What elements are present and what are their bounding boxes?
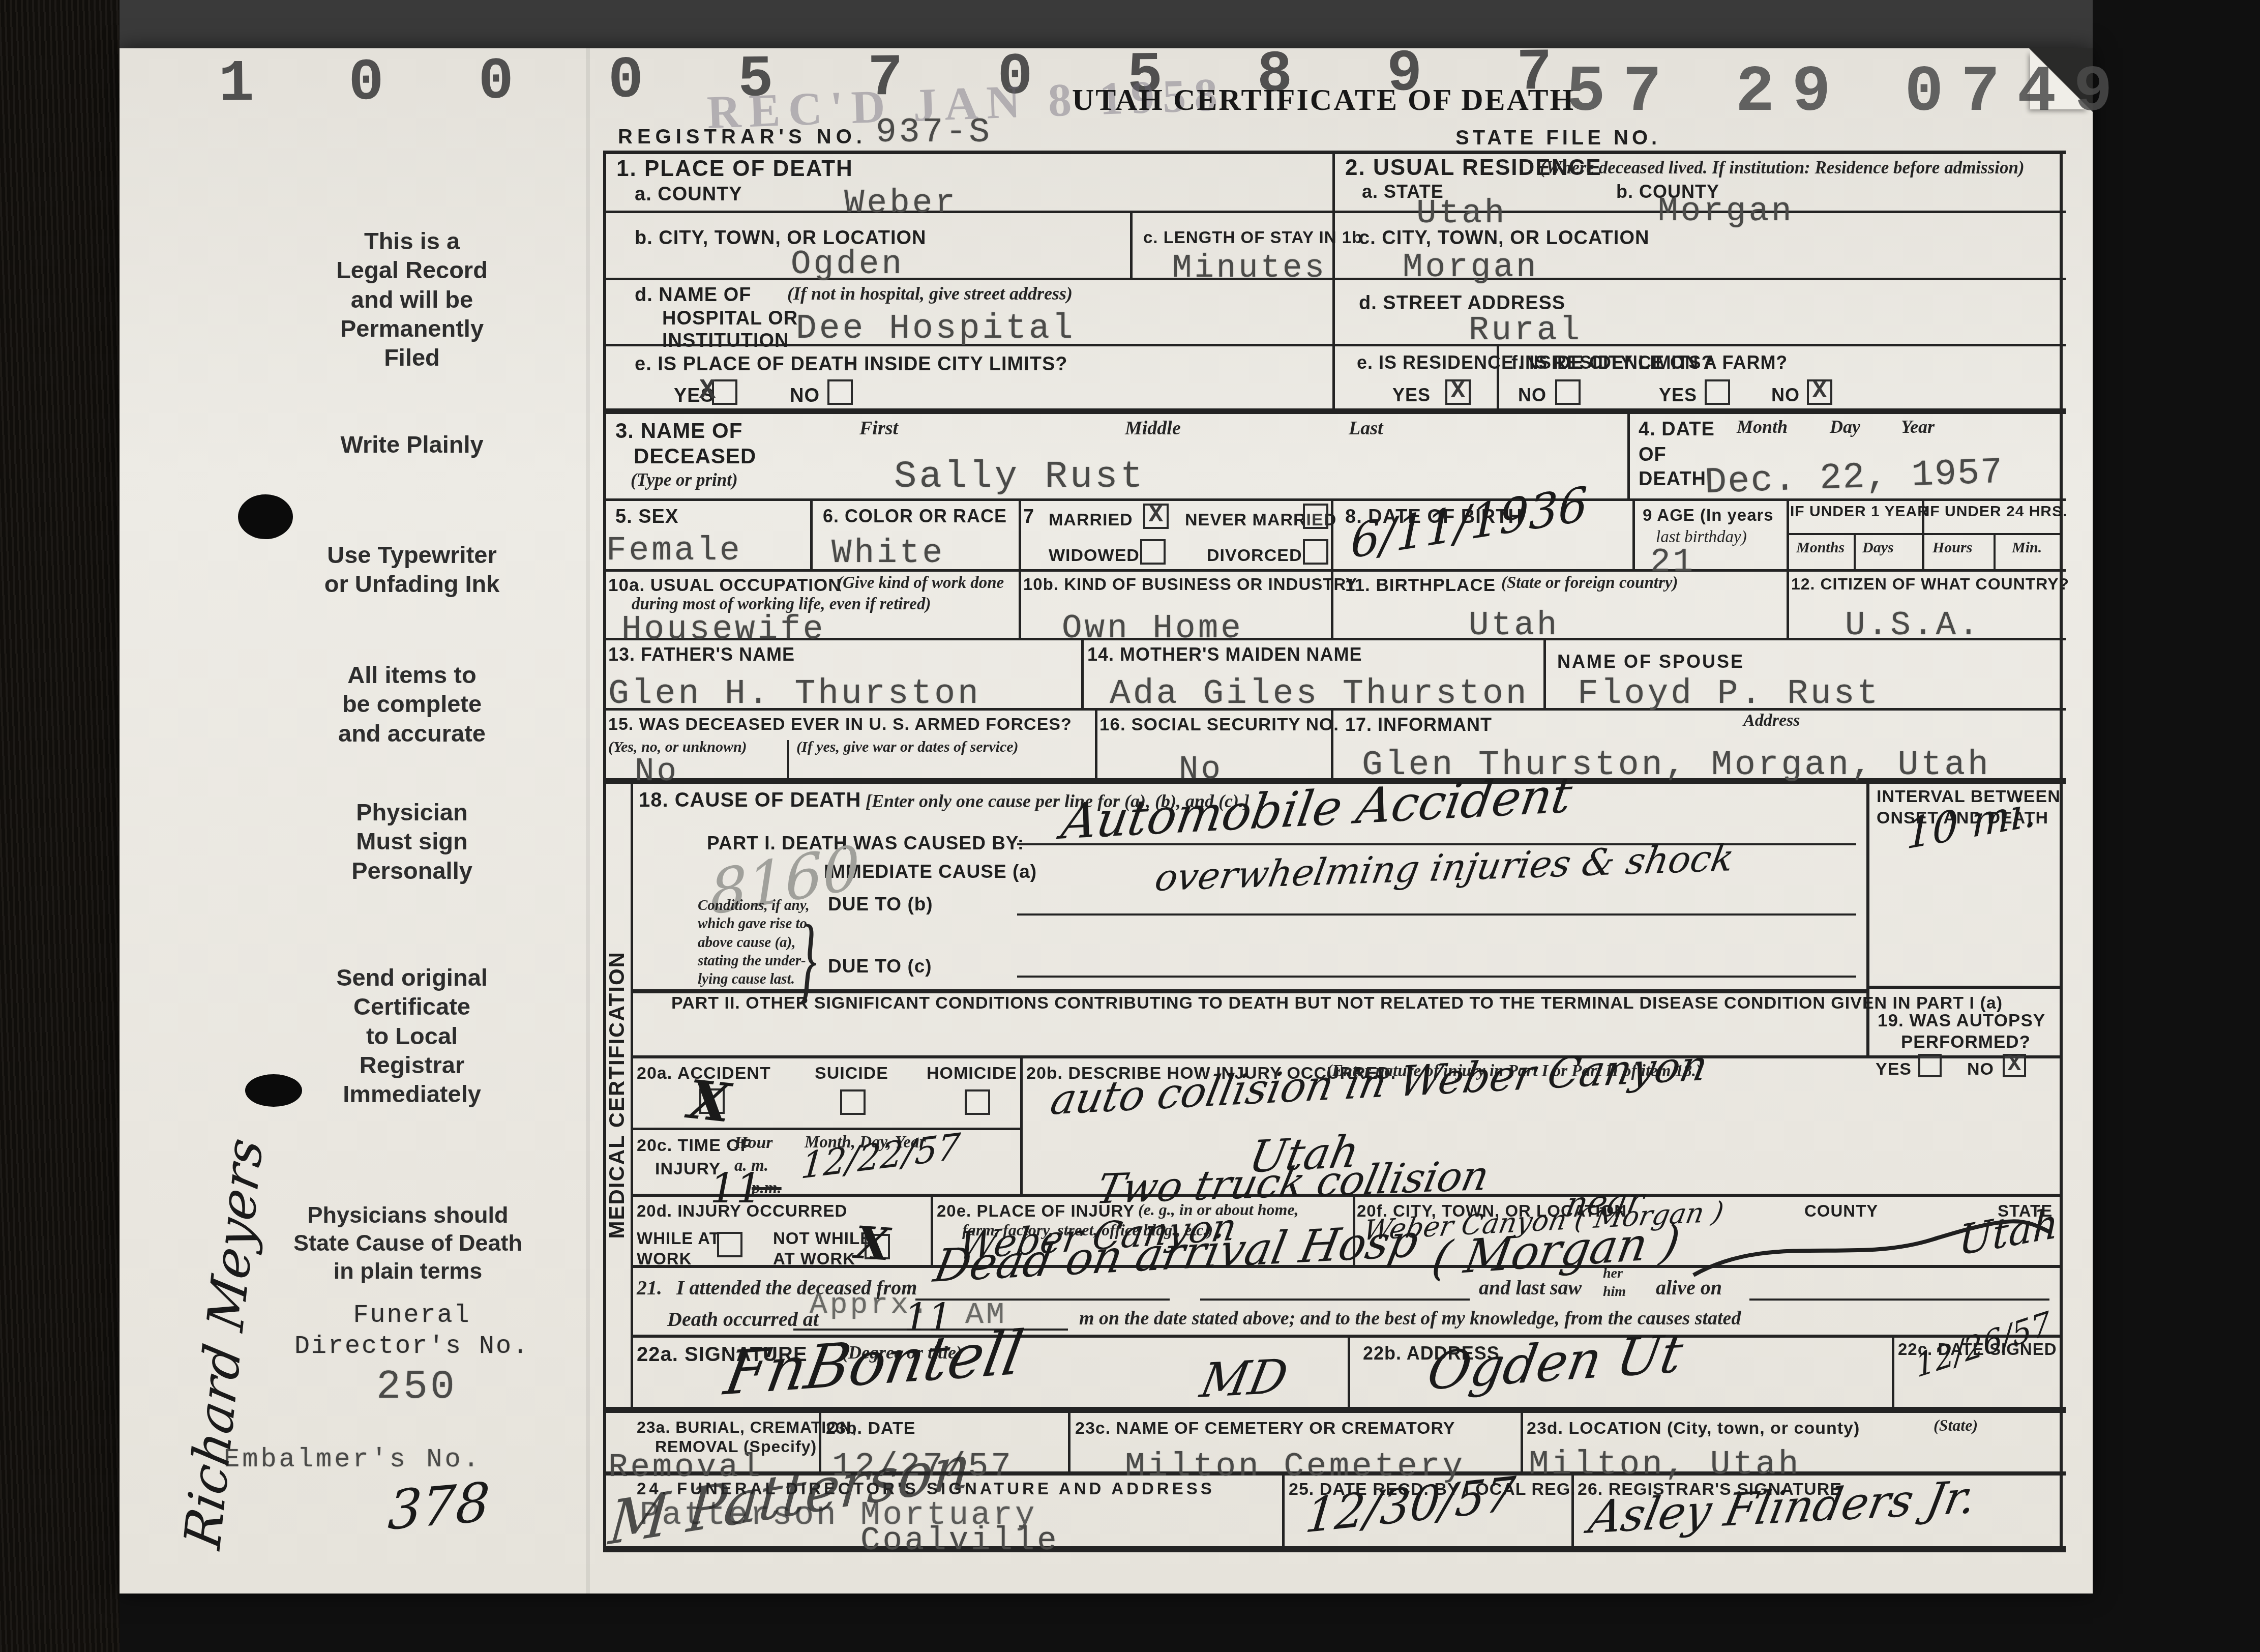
divider-line (787, 740, 789, 780)
x-mark: X (1809, 377, 1830, 405)
x-mark: X (1447, 377, 1469, 405)
pen-flourish-stroke (1688, 1217, 2055, 1283)
months-header: Months (1796, 539, 1845, 556)
margin-note-legal-record: This is a Legal Record and will be Perma… (219, 226, 605, 372)
birthplace-label: 11. BIRTHPLACE (1345, 575, 1496, 596)
divider-line (631, 1055, 2063, 1058)
divider-line (1866, 986, 2063, 989)
divider-line (915, 1299, 1170, 1301)
while-at-label: WHILE AT (637, 1229, 720, 1249)
funeral-director-address: Coalville (860, 1523, 1059, 1559)
funeral-director-no-label: Funeral Director's No. (219, 1300, 605, 1362)
autopsy-label-2: PERFORMED? (1901, 1031, 2031, 1052)
armed-forces-label: 15. WAS DECEASED EVER IN U. S. ARMED FOR… (608, 714, 1072, 734)
type-or-print-note: (Type or print) (631, 470, 738, 490)
divider-line (810, 498, 813, 572)
divider-line (1200, 1299, 1470, 1301)
married-checkbox-checked: X (1143, 504, 1169, 529)
year-header: Year (1901, 416, 1935, 437)
accident-handwritten-x: X (686, 1068, 733, 1135)
hour-header: Hour (734, 1133, 773, 1153)
divorced-checkbox (1303, 539, 1328, 565)
item20a-number: 20a. (637, 1063, 672, 1083)
autopsy-label-1: 19. WAS AUTOPSY (1878, 1010, 2045, 1031)
margin-note-physician-sign: Physician Must sign Personally (219, 798, 605, 885)
county-label: a. COUNTY (635, 183, 742, 206)
no-checkbox-checked: X (1807, 379, 1832, 405)
hospital-label-2: HOSPITAL OR (662, 307, 798, 330)
item21-number: 21. (637, 1276, 662, 1300)
divider-line (1130, 211, 1133, 280)
certificate-title: UTAH CERTIFICATE OF DEATH (1072, 82, 1575, 117)
x-mark: X (697, 375, 718, 406)
ssn-value: No (1179, 752, 1223, 788)
place-of-death-title: 1. PLACE OF DEATH (616, 156, 853, 182)
burial-date-label: 23b. DATE (826, 1418, 916, 1438)
divider-line (1017, 976, 1856, 978)
not-while-handwritten-x: X (853, 1216, 891, 1271)
date-of-death-label-1: 4. DATE (1639, 418, 1715, 441)
mother-name-value: Ada Giles Thurston (1110, 674, 1529, 714)
deceased-name-value: Sally Rust (894, 456, 1145, 498)
divider-line (1017, 913, 1856, 916)
divider-line (1854, 533, 1856, 571)
middle-header: Middle (1125, 417, 1181, 439)
divider-line (1068, 1413, 1070, 1473)
first-header: First (859, 417, 898, 439)
divider-line (1282, 1476, 1285, 1548)
state-file-number-stamp: 57 29 0749 (1566, 56, 2130, 130)
city-limits-label: e. IS PLACE OF DEATH INSIDE CITY LIMITS? (635, 353, 1067, 376)
margin-note-write-plainly: Write Plainly (219, 430, 605, 459)
divider-line (1019, 569, 1021, 640)
hospital-label-1: d. NAME OF (635, 284, 752, 307)
date-of-death-label-2: OF (1639, 444, 1667, 466)
length-of-stay-label: c. LENGTH OF STAY IN 1b (1143, 228, 1362, 248)
state-note: (State) (1934, 1416, 1978, 1435)
suicide-label: SUICIDE (815, 1063, 888, 1083)
divider-line (603, 569, 2066, 572)
no-label: NO (1771, 385, 1800, 406)
her-label: her (1603, 1265, 1623, 1282)
ssn-label: 16. SOCIAL SECURITY NO. (1099, 714, 1339, 735)
res-county-value: Morgan (1658, 192, 1794, 230)
divider-line (1095, 708, 1097, 781)
armed-forces-note-1: (Yes, no, or unknown) (608, 739, 747, 756)
cemetery-location-label: 23d. LOCATION (City, town, or county) (1527, 1418, 1860, 1438)
sex-label: 5. SEX (615, 506, 678, 528)
suicide-checkbox (840, 1089, 866, 1115)
usual-residence-note: (Where deceased lived. If institution: R… (1540, 158, 2025, 178)
citizen-label: 12. CITIZEN OF WHAT COUNTRY? (1791, 575, 2069, 594)
occupation-value: Housewife (621, 610, 825, 648)
hole-punch (238, 494, 293, 539)
hospital-label-3: INSTITUTION (662, 330, 789, 352)
injury-occurred-label: 20d. INJURY OCCURRED (637, 1201, 847, 1221)
funeral-director-no-value: 250 (376, 1364, 457, 1410)
cause-of-death-title: 18. CAUSE OF DEATH (639, 788, 861, 812)
spouse-value: Floyd P. Rust (1578, 674, 1881, 714)
days-header: Days (1862, 539, 1894, 556)
divider-line (1787, 533, 2063, 535)
margin-note-complete: All items to be complete and accurate (219, 660, 605, 748)
date-of-death-label-3: DEATH (1639, 468, 1706, 491)
divider-line (931, 1194, 933, 1267)
color-race-value: White (831, 534, 945, 572)
divider-line (1019, 498, 1021, 572)
length-of-stay-value: Minutes (1172, 250, 1327, 287)
birthplace-note: (State or foreign country) (1501, 574, 1678, 593)
autopsy-yes-checkbox (1918, 1054, 1942, 1077)
farm-label: f. IS RESIDENCE ON A FARM? (1511, 352, 1788, 373)
physician-degree: MD (1196, 1349, 1292, 1408)
cemetery-label: 23c. NAME OF CEMETERY OR CREMATORY (1075, 1418, 1455, 1438)
business-value: Own Home (1062, 609, 1243, 647)
no-label: NO (1518, 385, 1547, 406)
part2-label: PART II. OTHER SIGNIFICANT CONDITIONS CO… (671, 993, 2003, 1013)
res-city-label: c. CITY, TOWN, OR LOCATION (1359, 227, 1649, 250)
registrar-no-value: 937-S (876, 113, 992, 152)
death-occurred-text: Death occurred at (667, 1307, 819, 1331)
day-header: Day (1830, 416, 1860, 437)
embalmer-no-value: 378 (386, 1471, 491, 1542)
hospital-note: (If not in hospital, give street address… (787, 283, 1073, 304)
scan-background-band (120, 0, 2093, 49)
divider-line (1627, 414, 1630, 501)
married-label: MARRIED (1049, 510, 1133, 530)
name-of-deceased-label-2: DECEASED (634, 444, 756, 469)
armed-forces-value: No (635, 754, 679, 790)
no-label: NO (790, 385, 820, 407)
due-to-c-label: DUE TO (c) (828, 955, 932, 978)
under-24-hrs-header: IF UNDER 24 HRS. (1925, 503, 2067, 520)
divider-line (1749, 1299, 2049, 1301)
while-at-work-checkbox (717, 1232, 742, 1257)
divorced-label: DIVORCED (1207, 545, 1302, 566)
margin-note-typewriter: Use Typewriter or Unfading Ink (219, 540, 605, 599)
embalmer-no-label: Embalmer's No. (224, 1444, 482, 1474)
informant-label: 17. INFORMANT (1345, 714, 1492, 735)
city-town-value: Ogden (791, 245, 904, 283)
item7-number: 7 (1023, 506, 1034, 528)
divider-line (1787, 569, 1789, 640)
x-mark: X (1145, 501, 1167, 529)
him-label: him (1603, 1284, 1626, 1300)
name-of-deceased-label-1: 3. NAME OF (615, 418, 742, 444)
yes-label: YES (1659, 385, 1697, 406)
divider-line (603, 1546, 2066, 1552)
res-city-value: Morgan (1403, 248, 1539, 286)
citizen-value: U.S.A. (1845, 606, 1981, 644)
spouse-label: NAME OF SPOUSE (1557, 651, 1744, 672)
burial-label-1: 23a. BURIAL, CREMATION, (637, 1418, 857, 1437)
homicide-checkbox (965, 1089, 990, 1115)
widowed-label: WIDOWED (1049, 545, 1140, 566)
medical-certification-label: MEDICAL CERTIFICATION (604, 795, 630, 1395)
min-header: Min. (2012, 539, 2042, 556)
color-race-label: 6. COLOR OR RACE (823, 506, 1007, 527)
divider-line (1994, 533, 1996, 571)
divider-line (603, 1407, 2066, 1413)
registrar-no-label: REGISTRAR'S NO. (618, 125, 867, 149)
due-to-b-label: DUE TO (b) (828, 893, 933, 916)
birthplace-value: Utah (1469, 606, 1559, 644)
last-header: Last (1349, 417, 1383, 439)
month-header: Month (1737, 416, 1788, 437)
x-mark: X (2005, 1052, 2024, 1077)
divider-line (1521, 1413, 1523, 1473)
hospital-value: Dee Hospital (796, 309, 1076, 348)
occupation-label: 10a. USUAL OCCUPATION (608, 575, 842, 596)
widowed-checkbox (1140, 539, 1166, 565)
yes-checkbox: X (712, 379, 737, 405)
age-label-1: 9 AGE (In years (1643, 506, 1774, 525)
informant-address-header: Address (1743, 711, 1800, 730)
divider-line (1892, 1335, 1894, 1409)
at-work-label: AT WORK (773, 1249, 855, 1269)
death-certificate-scan: 1 0 0 0 5 7 0 5 8 9 7 REC'D JAN 8 1958 U… (0, 0, 2260, 1652)
yes-checkbox (1705, 379, 1730, 405)
sex-value: Female (606, 532, 742, 570)
autopsy-no-checkbox-checked: X (2003, 1054, 2026, 1077)
divider-line (631, 778, 633, 1409)
occupation-note-1: (Give kind of work done (837, 574, 1004, 593)
divider-line (603, 498, 2066, 501)
divider-line (1787, 498, 1789, 572)
business-label: 10b. KIND OF BUSINESS OR INDUSTRY (1023, 575, 1357, 595)
divider-line (2060, 151, 2063, 1552)
conditions-note: Conditions, if any, which gave rise to a… (698, 896, 810, 988)
yes-label: YES (1392, 385, 1431, 406)
divider-line (1632, 498, 1635, 572)
no-checkbox (1555, 379, 1581, 405)
father-name-label: 13. FATHER'S NAME (608, 644, 795, 665)
work-label: WORK (637, 1249, 692, 1269)
hours-header: Hours (1932, 539, 1972, 556)
divider-line (1866, 778, 1869, 1058)
mother-name-label: 14. MOTHER'S MAIDEN NAME (1087, 644, 1362, 665)
state-file-no-label: STATE FILE NO. (1455, 126, 1660, 150)
divider-line (1348, 1335, 1350, 1409)
county-value: Weber (844, 184, 958, 222)
no-label: NO (1967, 1059, 1994, 1079)
divider-line (1332, 151, 1335, 411)
father-name-value: Glen H. Thurston (608, 674, 981, 714)
yes-label: YES (1876, 1059, 1912, 1079)
yes-checkbox-checked: X (1445, 379, 1471, 405)
divider-line (1543, 638, 1546, 711)
divider-line (1020, 1055, 1023, 1196)
homicide-label: HOMICIDE (927, 1063, 1017, 1083)
divider-line (1081, 638, 1084, 711)
attended-text-2: and last saw (1479, 1276, 1582, 1300)
never-married-checkbox (1303, 504, 1328, 529)
street-address-value: Rural (1469, 311, 1582, 349)
under-1-year-header: IF UNDER 1 YEAR (1790, 503, 1929, 520)
no-checkbox (827, 379, 853, 405)
cemetery-location-value: Milton, Utah (1529, 1445, 1801, 1484)
armed-forces-note-2: (If yes, give war or dates of service) (796, 739, 1019, 756)
binding-strip (0, 0, 120, 1652)
